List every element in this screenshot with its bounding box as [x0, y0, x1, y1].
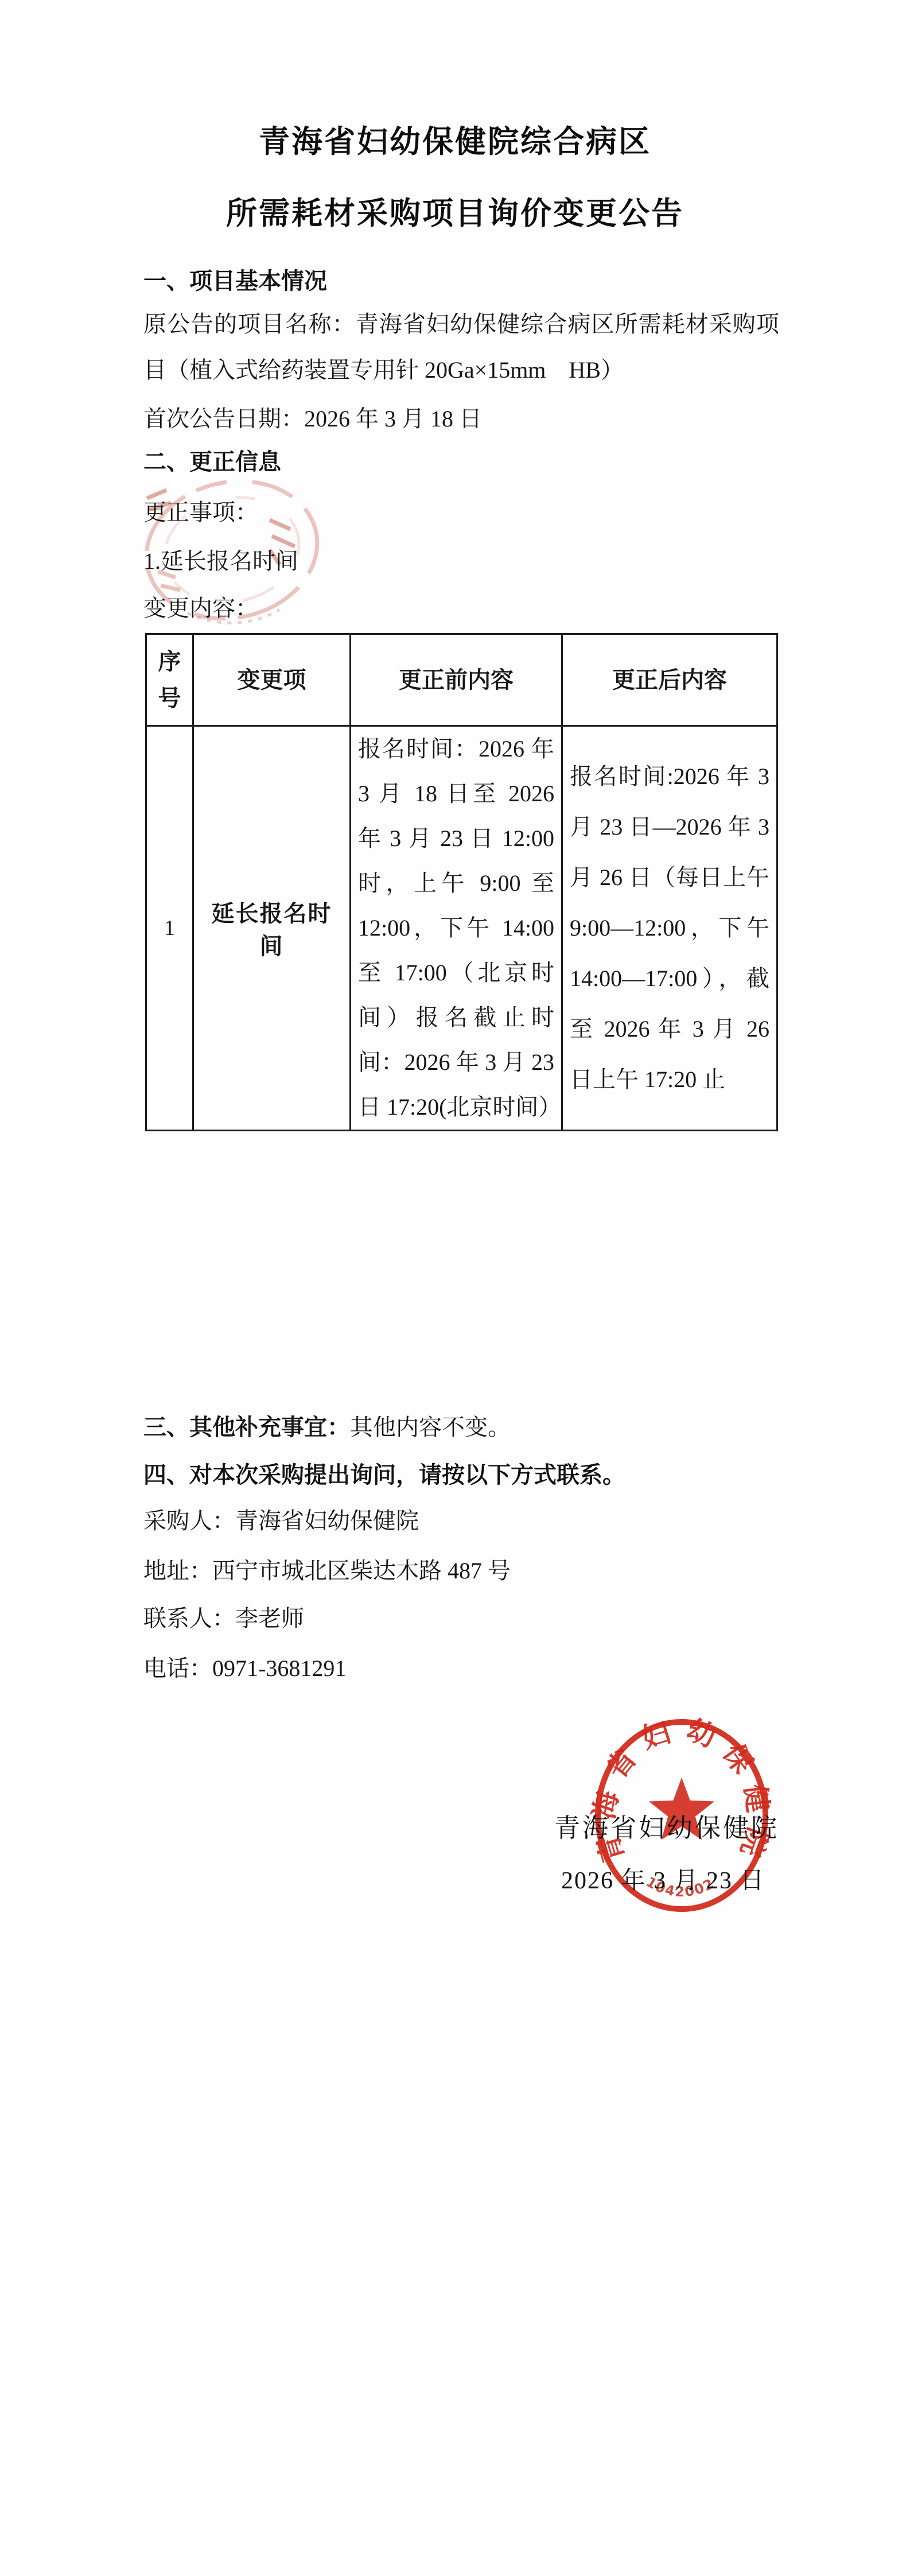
- header-change-item: 变更项: [193, 634, 351, 726]
- header-serial-no: 序号: [146, 634, 193, 726]
- section3-text: 其他内容不变。: [350, 1414, 511, 1440]
- contact-person: 联系人：李老师: [143, 1605, 304, 1632]
- section3-line: 三、其他补充事宜：其他内容不变。: [143, 1414, 511, 1441]
- section4-heading: 四、对本次采购提出询问，请按以下方式联系。: [143, 1461, 625, 1489]
- cell-change-item: 延长报名时间: [193, 726, 351, 1131]
- change-table: 序号 变更项 更正前内容 更正后内容 1 延长报名时间 报名时间：2026 年 …: [145, 633, 778, 1131]
- section1-first-announce-date: 首次公告日期：2026 年 3 月 18 日: [143, 405, 482, 433]
- faint-seal-stamp: [133, 463, 340, 652]
- table-header-row: 序号 变更项 更正前内容 更正后内容: [146, 634, 777, 726]
- contact-phone: 电话：0971-3681291: [143, 1655, 346, 1682]
- section1-heading: 一、项目基本情况: [143, 267, 327, 295]
- header-content-before: 更正前内容: [351, 634, 562, 726]
- table-row: 1 延长报名时间 报名时间：2026 年 3 月 18 日至 2026 年 3 …: [146, 726, 777, 1131]
- header-content-after: 更正后内容: [562, 634, 777, 726]
- contact-address: 地址：西宁市城北区柴达木路 487 号: [143, 1557, 511, 1585]
- section3-label: 三、其他补充事宜：: [143, 1414, 350, 1440]
- section1-paragraph: 原公告的项目名称：青海省妇幼保健综合病区所需耗材采购项目（植入式给药装置专用针 …: [143, 301, 779, 393]
- page-title-line1: 青海省妇幼保健院综合病区: [0, 122, 910, 162]
- official-seal-stamp: 青海省妇幼保健院 1042002753: [581, 1713, 783, 1923]
- page-title-line2: 所需耗材采购项目询价变更公告: [0, 193, 910, 234]
- cell-content-after: 报名时间:2026 年 3 月 23 日—2026 年 3 月 26 日（每日上…: [562, 726, 777, 1131]
- contact-buyer: 采购人：青海省妇幼保健院: [143, 1507, 419, 1535]
- cell-serial-no: 1: [146, 726, 193, 1131]
- document-page: 青海省妇幼保健院综合病区 所需耗材采购项目询价变更公告 一、项目基本情况 原公告…: [0, 0, 910, 2576]
- seal-star-icon: [649, 1778, 714, 1840]
- cell-content-before: 报名时间：2026 年 3 月 18 日至 2026 年 3 月 23 日 12…: [351, 726, 562, 1131]
